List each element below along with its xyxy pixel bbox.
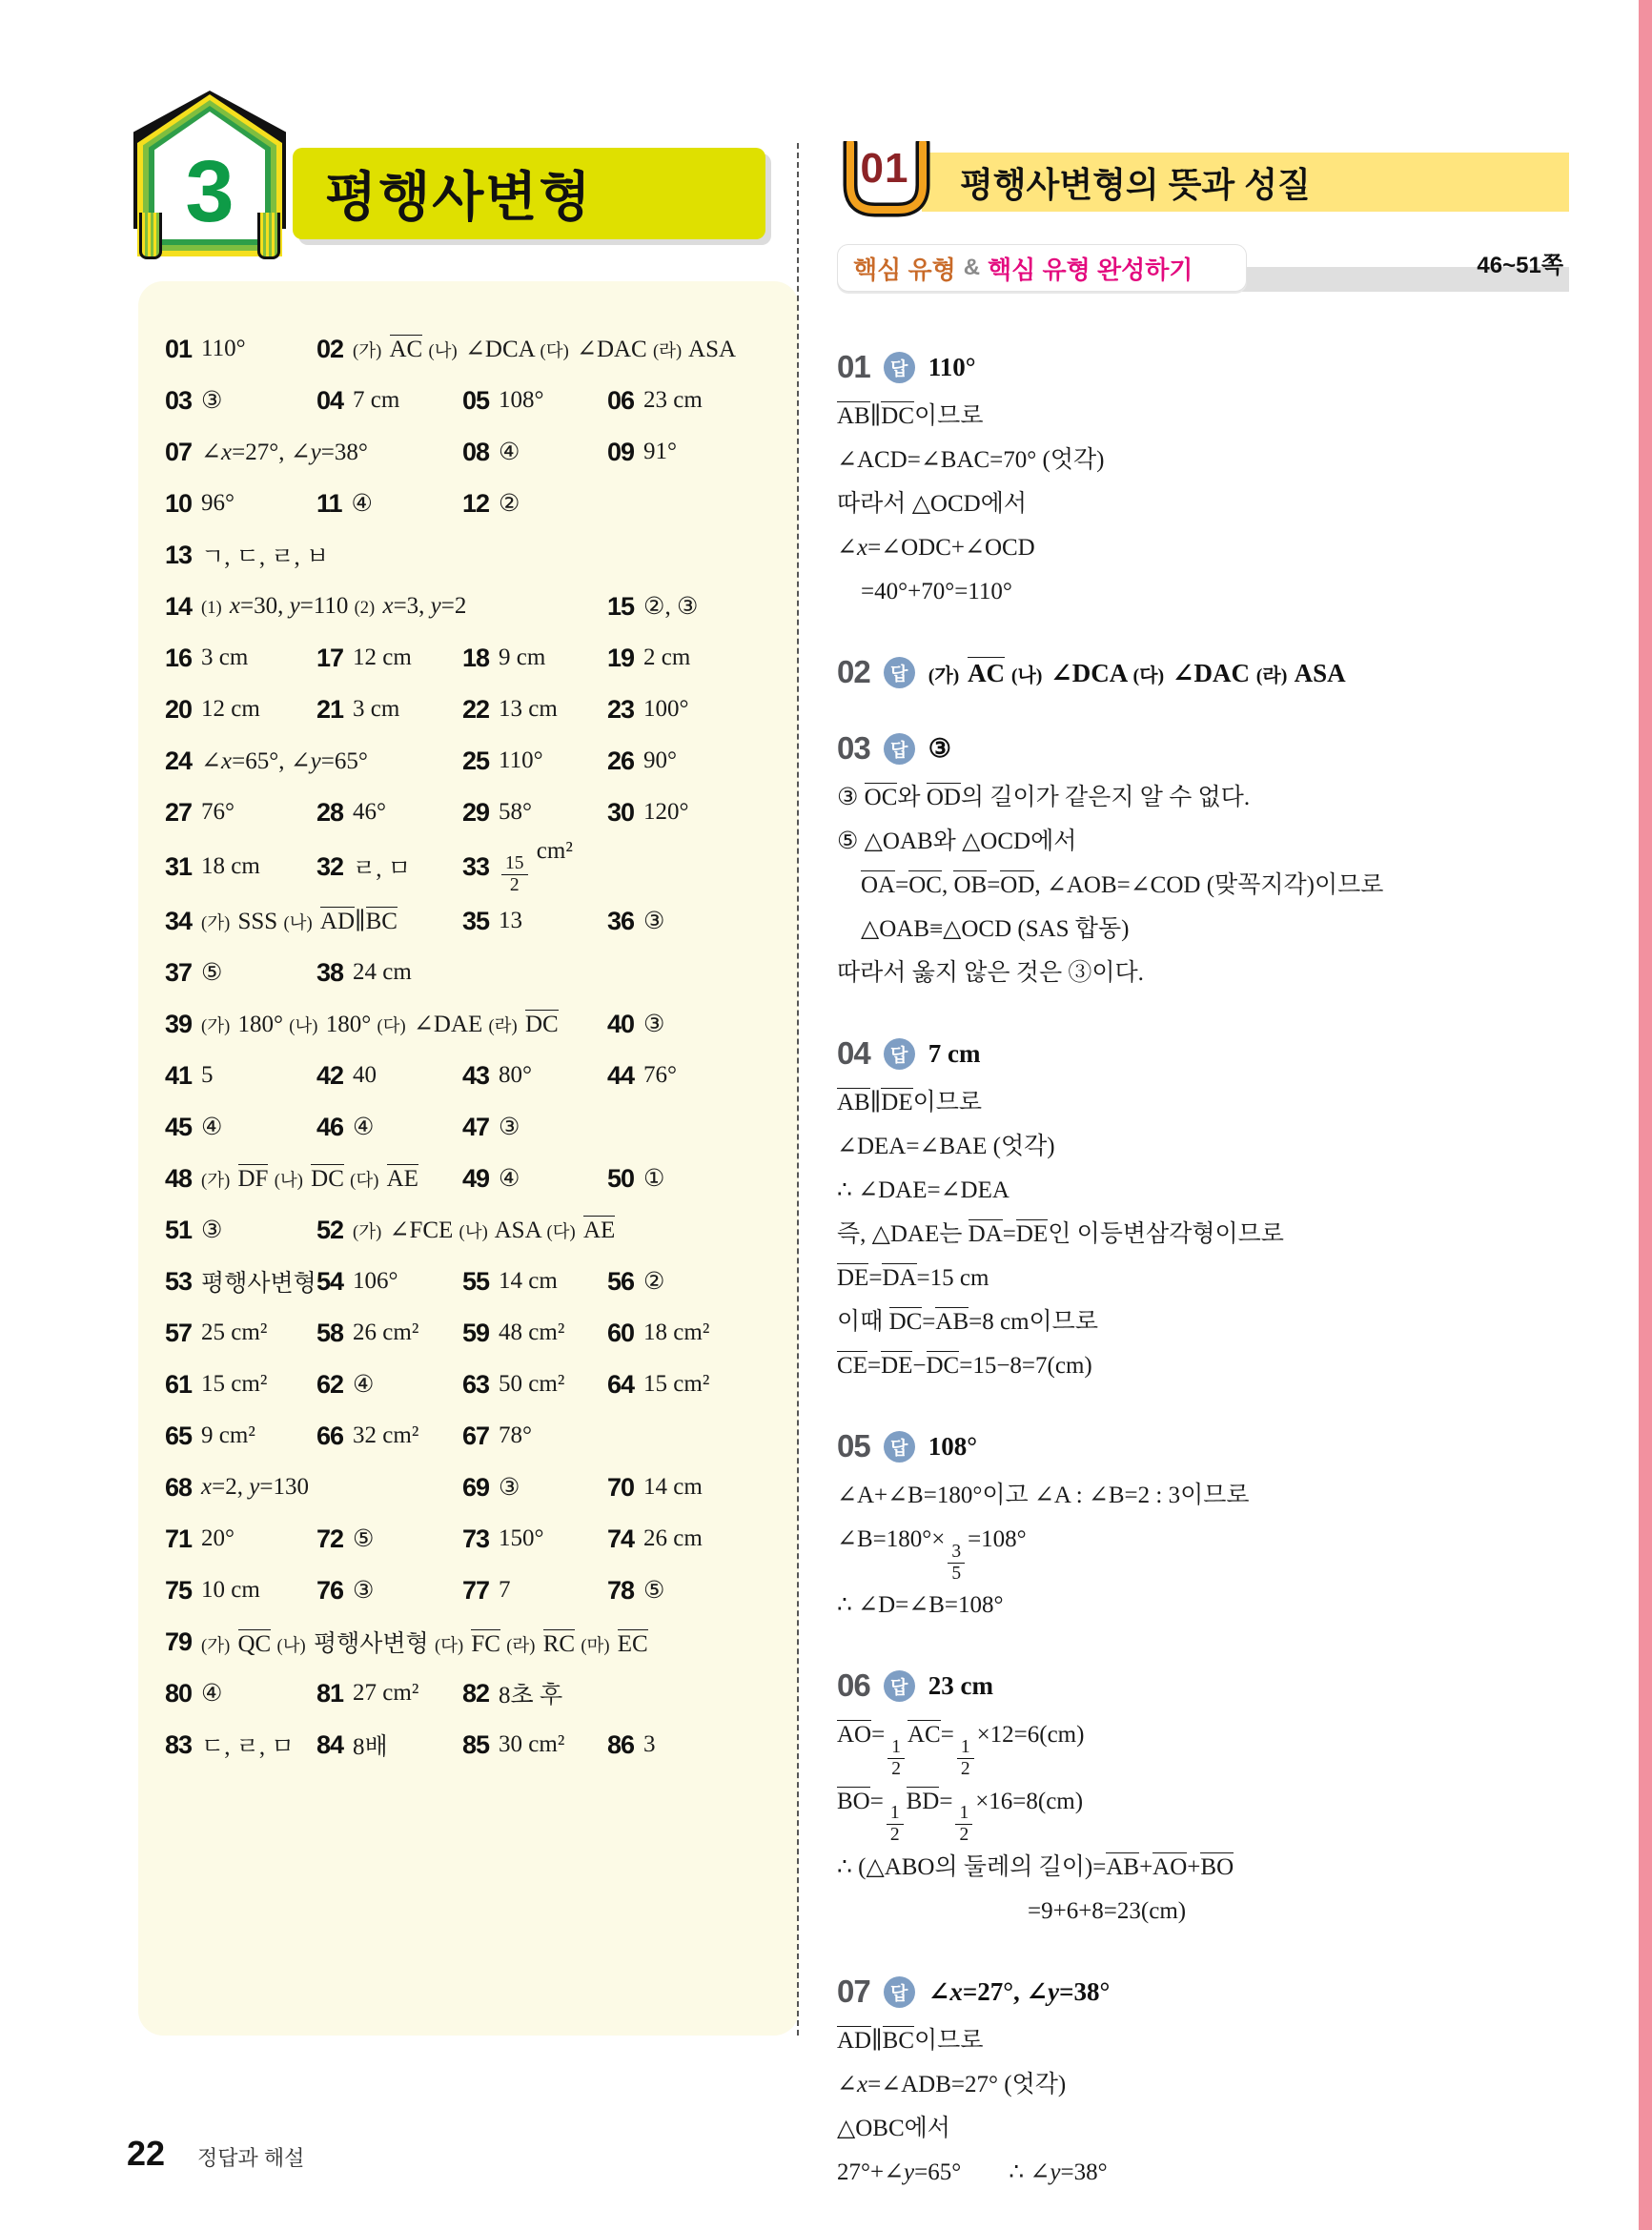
answer-value: 5 — [201, 1062, 214, 1089]
answer-number: 64 — [607, 1370, 634, 1400]
answer-item-66: 6632 cm² — [316, 1410, 462, 1462]
answer-number: 50 — [607, 1164, 634, 1194]
segment-overline: RC — [543, 1629, 575, 1657]
solution-line: 이때 DC=AB=8 cm이므로 — [837, 1300, 1569, 1344]
house-leg-left — [139, 213, 162, 259]
answer-item-57: 5725 cm² — [165, 1307, 316, 1359]
answer-item-26: 2690° — [607, 735, 793, 787]
answer-number: 85 — [462, 1730, 489, 1760]
answer-number: 58 — [316, 1319, 343, 1348]
solution-line: AB∥DC이므로 — [837, 395, 1569, 439]
answer-number: 71 — [165, 1524, 192, 1554]
answer-value: 3 — [643, 1731, 656, 1758]
answer-item-61: 6115 cm² — [165, 1359, 316, 1410]
solution-answer: ③ — [928, 734, 951, 764]
answer-number: 28 — [316, 798, 343, 828]
answer-item-10: 1096° — [165, 478, 316, 529]
answer-value: 평행사변형 — [201, 1264, 316, 1299]
solution-line: ∠A+∠B=180°이고 ∠A : ∠B=2 : 3이므로 — [837, 1474, 1569, 1518]
answer-number: 61 — [165, 1370, 192, 1400]
answer-number: 18 — [462, 644, 489, 673]
answer-number: 02 — [316, 335, 343, 364]
answer-number: 17 — [316, 644, 343, 673]
answer-number: 39 — [165, 1010, 192, 1039]
section-title-band: 평행사변형의 뜻과 성질 — [922, 153, 1569, 212]
answer-item-30: 30120° — [607, 787, 793, 838]
answer-number: 78 — [607, 1576, 634, 1606]
answer-value: x=2, y=130 — [201, 1474, 309, 1501]
answer-value: 7 — [499, 1577, 511, 1604]
segment-overline: BC — [366, 907, 398, 934]
solution-line: 즉, △DAE는 DA=DE인 이등변삼각형이므로 — [837, 1213, 1569, 1257]
answer-number: 30 — [607, 798, 634, 828]
segment-overline: FC — [471, 1629, 500, 1657]
answer-value: 9 cm — [499, 644, 545, 671]
answer-value: ③ — [201, 386, 222, 415]
answer-item-19: 192 cm — [607, 632, 793, 684]
answer-value: 91° — [643, 439, 677, 465]
answer-item-33: 33152 cm² — [462, 838, 793, 895]
segment-overline: EC — [618, 1629, 648, 1657]
answer-value: ∠x=27°, ∠y=38° — [201, 438, 368, 466]
segment-overline: OD — [927, 783, 961, 810]
answer-item-04: 047 cm — [316, 375, 462, 426]
answer-number: 27 — [165, 798, 192, 828]
segment-overline: AD — [320, 907, 355, 934]
answer-number: 72 — [316, 1524, 343, 1554]
solution-header: 04답7 cm — [837, 1035, 1569, 1072]
answer-item-71: 7120° — [165, 1513, 316, 1565]
solution-number: 01 — [837, 349, 870, 385]
segment-overline: AO — [837, 1720, 871, 1748]
solution-line: =40°+70°=110° — [837, 570, 1569, 614]
answer-number: 29 — [462, 798, 489, 828]
answer-number: 69 — [462, 1473, 489, 1503]
answer-value: 108° — [499, 387, 544, 414]
answer-value: 14 cm — [499, 1268, 558, 1295]
segment-overline: OB — [953, 870, 987, 898]
solution-answer: 110° — [928, 353, 976, 382]
keyword-ampersand: & — [964, 255, 980, 281]
answer-item-49: 49④ — [462, 1153, 607, 1204]
answer-number: 14 — [165, 592, 192, 622]
answer-value: 23 cm — [643, 387, 703, 414]
solution-header: 03답③ — [837, 730, 1569, 767]
segment-overline: AB — [837, 401, 870, 429]
solutions-list: 01답110°AB∥DC이므로∠ACD=∠BAC=70° (엇각)따라서 △OC… — [837, 349, 1569, 2195]
answer-number: 04 — [316, 386, 343, 416]
answer-item-40: 40③ — [607, 998, 793, 1050]
page-footer: 22 정답과 해설 — [127, 2134, 304, 2174]
solution-line: BO=12BD=12×16=8(cm) — [837, 1780, 1569, 1846]
segment-overline: DC — [525, 1010, 559, 1037]
answer-number: 47 — [462, 1113, 489, 1142]
answer-number: 11 — [316, 489, 342, 519]
answer-number: 31 — [165, 852, 192, 882]
answer-value: 18 cm — [201, 853, 260, 880]
segment-overline: AC — [908, 1720, 941, 1748]
answer-value: 80° — [499, 1062, 532, 1089]
section-number: 01 — [837, 145, 932, 193]
chapter-badge-house-icon: 3 — [133, 91, 286, 260]
answer-item-50: 50① — [607, 1153, 793, 1204]
answer-number: 54 — [316, 1267, 343, 1297]
segment-overline: AB — [935, 1307, 969, 1335]
chapter-title: 평행사변형 — [325, 155, 592, 232]
answer-item-23: 23100° — [607, 684, 793, 735]
answer-value: 12 cm — [353, 644, 412, 671]
answer-item-45: 45④ — [165, 1101, 316, 1153]
answer-number: 68 — [165, 1473, 192, 1503]
answer-item-52: 52(가) ∠FCE (나) ASA (다) AE — [316, 1204, 793, 1256]
answer-item-15: 15②, ③ — [607, 581, 793, 632]
answer-number: 49 — [462, 1164, 489, 1194]
answer-value: 20° — [201, 1525, 235, 1552]
solution-line: ∠ACD=∠BAC=70° (엇각) — [837, 439, 1569, 482]
answer-value: 46° — [353, 799, 386, 826]
answer-number: 48 — [165, 1164, 192, 1194]
answer-number: 44 — [607, 1061, 634, 1091]
answer-item-55: 5514 cm — [462, 1256, 607, 1307]
answer-value: 9 cm² — [201, 1422, 255, 1449]
answer-badge: 답 — [884, 352, 915, 383]
solution-line: ∴ ∠D=∠B=108° — [837, 1584, 1569, 1627]
answer-number: 65 — [165, 1422, 192, 1451]
answer-item-36: 36③ — [607, 895, 793, 947]
solution-line: AB∥DE이므로 — [837, 1081, 1569, 1125]
segment-overline: DE — [881, 1351, 912, 1379]
answer-number: 86 — [607, 1730, 634, 1760]
answer-value: 110° — [499, 747, 543, 774]
answer-value: 10 cm — [201, 1577, 260, 1604]
answer-number: 25 — [462, 747, 489, 776]
answer-item-39: 39(가) 180° (나) 180° (다) ∠DAE (라) DC — [165, 998, 607, 1050]
answer-value: 2 cm — [643, 644, 690, 671]
answer-item-29: 2958° — [462, 787, 607, 838]
answer-item-27: 2776° — [165, 787, 316, 838]
answer-number: 56 — [607, 1267, 634, 1297]
answer-summary-box: 01110°02(가) AC (나) ∠DCA (다) ∠DAC (라) ASA… — [138, 281, 799, 2036]
answer-number: 40 — [607, 1010, 634, 1039]
answer-number: 57 — [165, 1319, 192, 1348]
answer-number: 23 — [607, 695, 634, 725]
fraction: 152 — [501, 853, 528, 896]
answer-number: 67 — [462, 1422, 489, 1451]
solution-answer: (가) AC (나) ∠DCA (다) ∠DAC (라) ASA — [928, 657, 1346, 688]
answer-number: 60 — [607, 1319, 634, 1348]
answer-number: 33 — [462, 852, 489, 882]
answer-number: 22 — [462, 695, 489, 725]
solution-07: 07답∠x=27°, ∠y=38°AD∥BC이므로∠x=∠ADB=27° (엇각… — [837, 1974, 1569, 2195]
solution-04: 04답7 cmAB∥DE이므로∠DEA=∠BAE (엇각)∴ ∠DAE=∠DEA… — [837, 1035, 1569, 1388]
answer-item-21: 213 cm — [316, 684, 462, 735]
answer-value: 32 cm² — [353, 1422, 418, 1449]
solution-03: 03답③③ OC와 OD의 길이가 같은지 알 수 없다.⑤ △OAB와 △OC… — [837, 730, 1569, 995]
solution-line: OA=OC, OB=OD, ∠AOB=∠COD (맞꼭지각)이므로 — [837, 864, 1569, 908]
answer-item-08: 08④ — [462, 426, 607, 478]
answer-value: ③ — [353, 1576, 374, 1605]
answer-number: 74 — [607, 1524, 634, 1554]
answer-item-48: 48(가) DF (나) DC (다) AE — [165, 1153, 462, 1204]
answer-value: 8배 — [353, 1728, 388, 1762]
segment-overline: DC — [889, 1307, 923, 1335]
answer-item-37: 37⑤ — [165, 947, 316, 998]
answer-number: 15 — [607, 592, 634, 622]
segment-overline: AE — [387, 1164, 418, 1192]
solution-line: ∠x=∠ADB=27° (엇각) — [837, 2063, 1569, 2107]
solution-number: 06 — [837, 1667, 870, 1704]
answer-value: ∠x=65°, ∠y=65° — [201, 747, 368, 775]
solution-02: 02답(가) AC (나) ∠DCA (다) ∠DAC (라) ASA — [837, 654, 1569, 690]
solution-line: CE=DE−DC=15−8=7(cm) — [837, 1344, 1569, 1388]
answer-value: (가) AC (나) ∠DCA (다) ∠DAC (라) ASA — [353, 335, 736, 363]
answer-value: 24 cm — [353, 959, 412, 986]
answer-value: ⑤ — [643, 1576, 664, 1605]
solution-number: 02 — [837, 654, 870, 690]
chapter-title-box: 평행사변형 — [293, 148, 765, 239]
answer-item-38: 3824 cm — [316, 947, 793, 998]
answer-value: 26 cm — [643, 1525, 703, 1552]
fraction: 12 — [957, 1737, 974, 1780]
segment-overline: DE — [881, 1088, 912, 1115]
answer-value: (가) SSS (나) AD∥BC — [201, 907, 398, 935]
answer-item-35: 3513 — [462, 895, 607, 947]
answer-value: 96° — [201, 490, 235, 517]
answer-number: 20 — [165, 695, 192, 725]
answer-item-83: 83ㄷ, ㄹ, ㅁ — [165, 1719, 316, 1770]
keyword-core-type-complete: 핵심 유형 완성하기 — [988, 251, 1193, 286]
answer-number: 03 — [165, 386, 192, 416]
answer-badge: 답 — [884, 1431, 915, 1463]
answer-item-74: 7426 cm — [607, 1513, 793, 1565]
answer-item-22: 2213 cm — [462, 684, 607, 735]
answer-number: 13 — [165, 541, 192, 570]
segment-overline: AO — [1152, 1852, 1187, 1880]
segment-overline: OC — [908, 870, 942, 898]
answer-item-51: 51③ — [165, 1204, 316, 1256]
answer-value: ④ — [499, 1164, 520, 1193]
solution-line: ⑤ △OAB와 △OCD에서 — [837, 820, 1569, 864]
answer-number: 79 — [165, 1627, 192, 1657]
answer-item-59: 5948 cm² — [462, 1307, 607, 1359]
solution-header: 07답∠x=27°, ∠y=38° — [837, 1974, 1569, 2010]
answer-number: 35 — [462, 907, 489, 936]
answer-value: ④ — [353, 1113, 374, 1141]
answer-number: 83 — [165, 1730, 192, 1760]
solution-01: 01답110°AB∥DC이므로∠ACD=∠BAC=70° (엇각)따라서 △OC… — [837, 349, 1569, 614]
answer-value: 3 cm — [201, 644, 248, 671]
solution-06: 06답23 cmAO=12AC=12×12=6(cm)BO=12BD=12×16… — [837, 1667, 1569, 1933]
segment-overline: DC — [311, 1164, 344, 1192]
answer-value: (1) x=30, y=110 (2) x=3, y=2 — [201, 593, 466, 620]
answer-badge: 답 — [884, 657, 915, 688]
answer-item-47: 47③ — [462, 1101, 793, 1153]
answer-value: ②, ③ — [643, 592, 698, 621]
solution-number: 04 — [837, 1035, 870, 1072]
segment-overline: BO — [1200, 1852, 1234, 1880]
solution-answer: 108° — [928, 1432, 977, 1462]
answer-number: 34 — [165, 907, 192, 936]
answer-value: 15 cm² — [643, 1371, 709, 1398]
answer-number: 62 — [316, 1370, 343, 1400]
keyword-core-type: 핵심 유형 — [853, 251, 956, 286]
answer-item-05: 05108° — [462, 375, 607, 426]
answer-number: 63 — [462, 1370, 489, 1400]
answer-item-72: 72⑤ — [316, 1513, 462, 1565]
answer-item-65: 659 cm² — [165, 1410, 316, 1462]
house-leg-right — [257, 213, 280, 259]
answer-value: 13 cm — [499, 696, 558, 723]
answer-item-18: 189 cm — [462, 632, 607, 684]
segment-overline: BO — [837, 1787, 870, 1814]
answer-value: ③ — [499, 1473, 520, 1502]
column-divider — [797, 143, 799, 2036]
answer-item-58: 5826 cm² — [316, 1307, 462, 1359]
answer-value: 18 cm² — [643, 1320, 709, 1346]
fraction: 12 — [887, 1803, 904, 1846]
solution-line: ∠x=∠ODC+∠OCD — [837, 526, 1569, 570]
segment-overline: OA — [861, 870, 895, 898]
answer-item-63: 6350 cm² — [462, 1359, 607, 1410]
solution-line: ③ OC와 OD의 길이가 같은지 알 수 없다. — [837, 776, 1569, 820]
answer-number: 59 — [462, 1319, 489, 1348]
answer-grid: 01110°02(가) AC (나) ∠DCA (다) ∠DAC (라) ASA… — [138, 281, 799, 1770]
answer-value: ㄷ, ㄹ, ㅁ — [201, 1728, 294, 1762]
answer-badge: 답 — [884, 733, 915, 765]
answer-number: 06 — [607, 386, 634, 416]
answer-number: 41 — [165, 1061, 192, 1091]
answer-item-01: 01110° — [165, 323, 316, 375]
answer-value: ④ — [201, 1679, 222, 1708]
solution-header: 01답110° — [837, 349, 1569, 385]
answer-item-86: 863 — [607, 1719, 793, 1770]
segment-overline: AE — [583, 1216, 615, 1243]
solutions-column: 평행사변형의 뜻과 성질 01 핵심 유형 & 핵심 유형 완성하기 46~51… — [837, 141, 1569, 2230]
answer-value: ② — [643, 1267, 664, 1296]
answer-number: 24 — [165, 747, 192, 776]
answer-item-69: 69③ — [462, 1462, 607, 1513]
answer-number: 53 — [165, 1267, 192, 1297]
answer-value: ④ — [353, 1370, 374, 1399]
solution-line: AD∥BC이므로 — [837, 2019, 1569, 2063]
answer-number: 38 — [316, 958, 343, 988]
answer-value: ③ — [643, 1010, 664, 1038]
solution-05: 05답108°∠A+∠B=180°이고 ∠A : ∠B=2 : 3이므로∠B=1… — [837, 1428, 1569, 1627]
answer-item-28: 2846° — [316, 787, 462, 838]
solution-number: 07 — [837, 1974, 870, 2010]
solution-number: 05 — [837, 1428, 870, 1464]
answer-value: 14 cm — [643, 1474, 703, 1501]
footer-label: 정답과 해설 — [197, 2142, 304, 2172]
answer-item-14: 14(1) x=30, y=110 (2) x=3, y=2 — [165, 581, 607, 632]
answer-item-68: 68x=2, y=130 — [165, 1462, 462, 1513]
solution-line: 따라서 △OCD에서 — [837, 482, 1569, 526]
answer-value: 106° — [353, 1268, 398, 1295]
section-header: 평행사변형의 뜻과 성질 01 — [837, 141, 1569, 229]
answer-value: ③ — [499, 1113, 520, 1141]
solution-answer: 23 cm — [928, 1671, 993, 1701]
segment-overline: DA — [882, 1263, 916, 1291]
answer-value: 3 cm — [353, 696, 399, 723]
answer-item-76: 76③ — [316, 1565, 462, 1616]
answer-item-85: 8530 cm² — [462, 1719, 607, 1770]
answer-value: ④ — [352, 489, 373, 518]
answer-item-56: 56② — [607, 1256, 793, 1307]
answer-value: (가) 180° (나) 180° (다) ∠DAE (라) DC — [201, 1010, 559, 1038]
answer-value: 110° — [201, 336, 246, 362]
answer-number: 77 — [462, 1576, 489, 1606]
answer-value: 8초 후 — [499, 1676, 562, 1710]
answer-item-60: 6018 cm² — [607, 1307, 793, 1359]
answer-item-82: 828초 후 — [462, 1667, 793, 1719]
answer-number: 66 — [316, 1422, 343, 1451]
page-number: 22 — [127, 2134, 165, 2174]
solution-line: ∠DEA=∠BAE (엇각) — [837, 1125, 1569, 1169]
answer-item-43: 4380° — [462, 1050, 607, 1101]
answer-number: 05 — [462, 386, 489, 416]
solution-line: △OBC에서 — [837, 2107, 1569, 2151]
answer-number: 82 — [462, 1679, 489, 1708]
answer-item-07: 07∠x=27°, ∠y=38° — [165, 426, 462, 478]
textbook-answer-page: 3 평행사변형 01110°02(가) AC (나) ∠DCA (다) ∠DAC… — [0, 0, 1652, 2230]
solution-line: 따라서 옳지 않은 것은 ③이다. — [837, 951, 1569, 995]
answer-item-53: 53평행사변형 — [165, 1256, 316, 1307]
answer-value: 7 cm — [353, 387, 399, 414]
solution-line: △OAB≡△OCD (SAS 합동) — [837, 908, 1569, 951]
solution-line: ∠B=180°×35=108° — [837, 1518, 1569, 1584]
answer-value: 100° — [643, 696, 689, 723]
answer-number: 19 — [607, 644, 634, 673]
section-number-bracket: 01 — [837, 141, 936, 227]
answer-value: 76° — [643, 1062, 677, 1089]
answer-value: ③ — [201, 1216, 222, 1244]
answer-number: 08 — [462, 438, 489, 467]
segment-overline: DC — [881, 401, 914, 429]
segment-overline: OD — [1000, 870, 1034, 898]
answer-number: 81 — [316, 1679, 343, 1708]
subheader-bar: 핵심 유형 & 핵심 유형 완성하기 46~51쪽 — [837, 244, 1569, 294]
answer-value: ③ — [643, 907, 664, 935]
answer-number: 32 — [316, 852, 343, 882]
answer-item-13: 13ㄱ, ㄷ, ㄹ, ㅂ — [165, 529, 793, 581]
answer-number: 43 — [462, 1061, 489, 1091]
answer-item-54: 54106° — [316, 1256, 462, 1307]
answer-item-32: 32ㄹ, ㅁ — [316, 841, 462, 892]
answer-number: 01 — [165, 335, 192, 364]
segment-overline: BD — [907, 1787, 940, 1814]
answer-value: 12 cm — [201, 696, 260, 723]
answer-value: (가) ∠FCE (나) ASA (다) AE — [353, 1216, 615, 1244]
segment-overline: DF — [238, 1164, 269, 1192]
answer-number: 80 — [165, 1679, 192, 1708]
answer-value: ④ — [201, 1113, 222, 1141]
answer-badge: 답 — [884, 1976, 915, 2008]
answer-item-73: 73150° — [462, 1513, 607, 1565]
answer-item-67: 6778° — [462, 1410, 793, 1462]
answer-value: (가) QC (나) 평행사변형 (다) FC (라) RC (마) EC — [201, 1625, 648, 1659]
answer-item-25: 25110° — [462, 735, 607, 787]
answer-item-81: 8127 cm² — [316, 1667, 462, 1719]
answer-number: 70 — [607, 1473, 634, 1503]
segment-overline: AB — [837, 1088, 870, 1115]
answer-value: 152 cm² — [499, 838, 573, 895]
answer-value: 120° — [643, 799, 689, 826]
page-range-reference: 46~51쪽 — [1477, 246, 1563, 279]
answer-number: 73 — [462, 1524, 489, 1554]
section-title: 평행사변형의 뜻과 성질 — [960, 158, 1311, 207]
page-edge-strip — [1639, 0, 1652, 2230]
answer-number: 76 — [316, 1576, 343, 1606]
